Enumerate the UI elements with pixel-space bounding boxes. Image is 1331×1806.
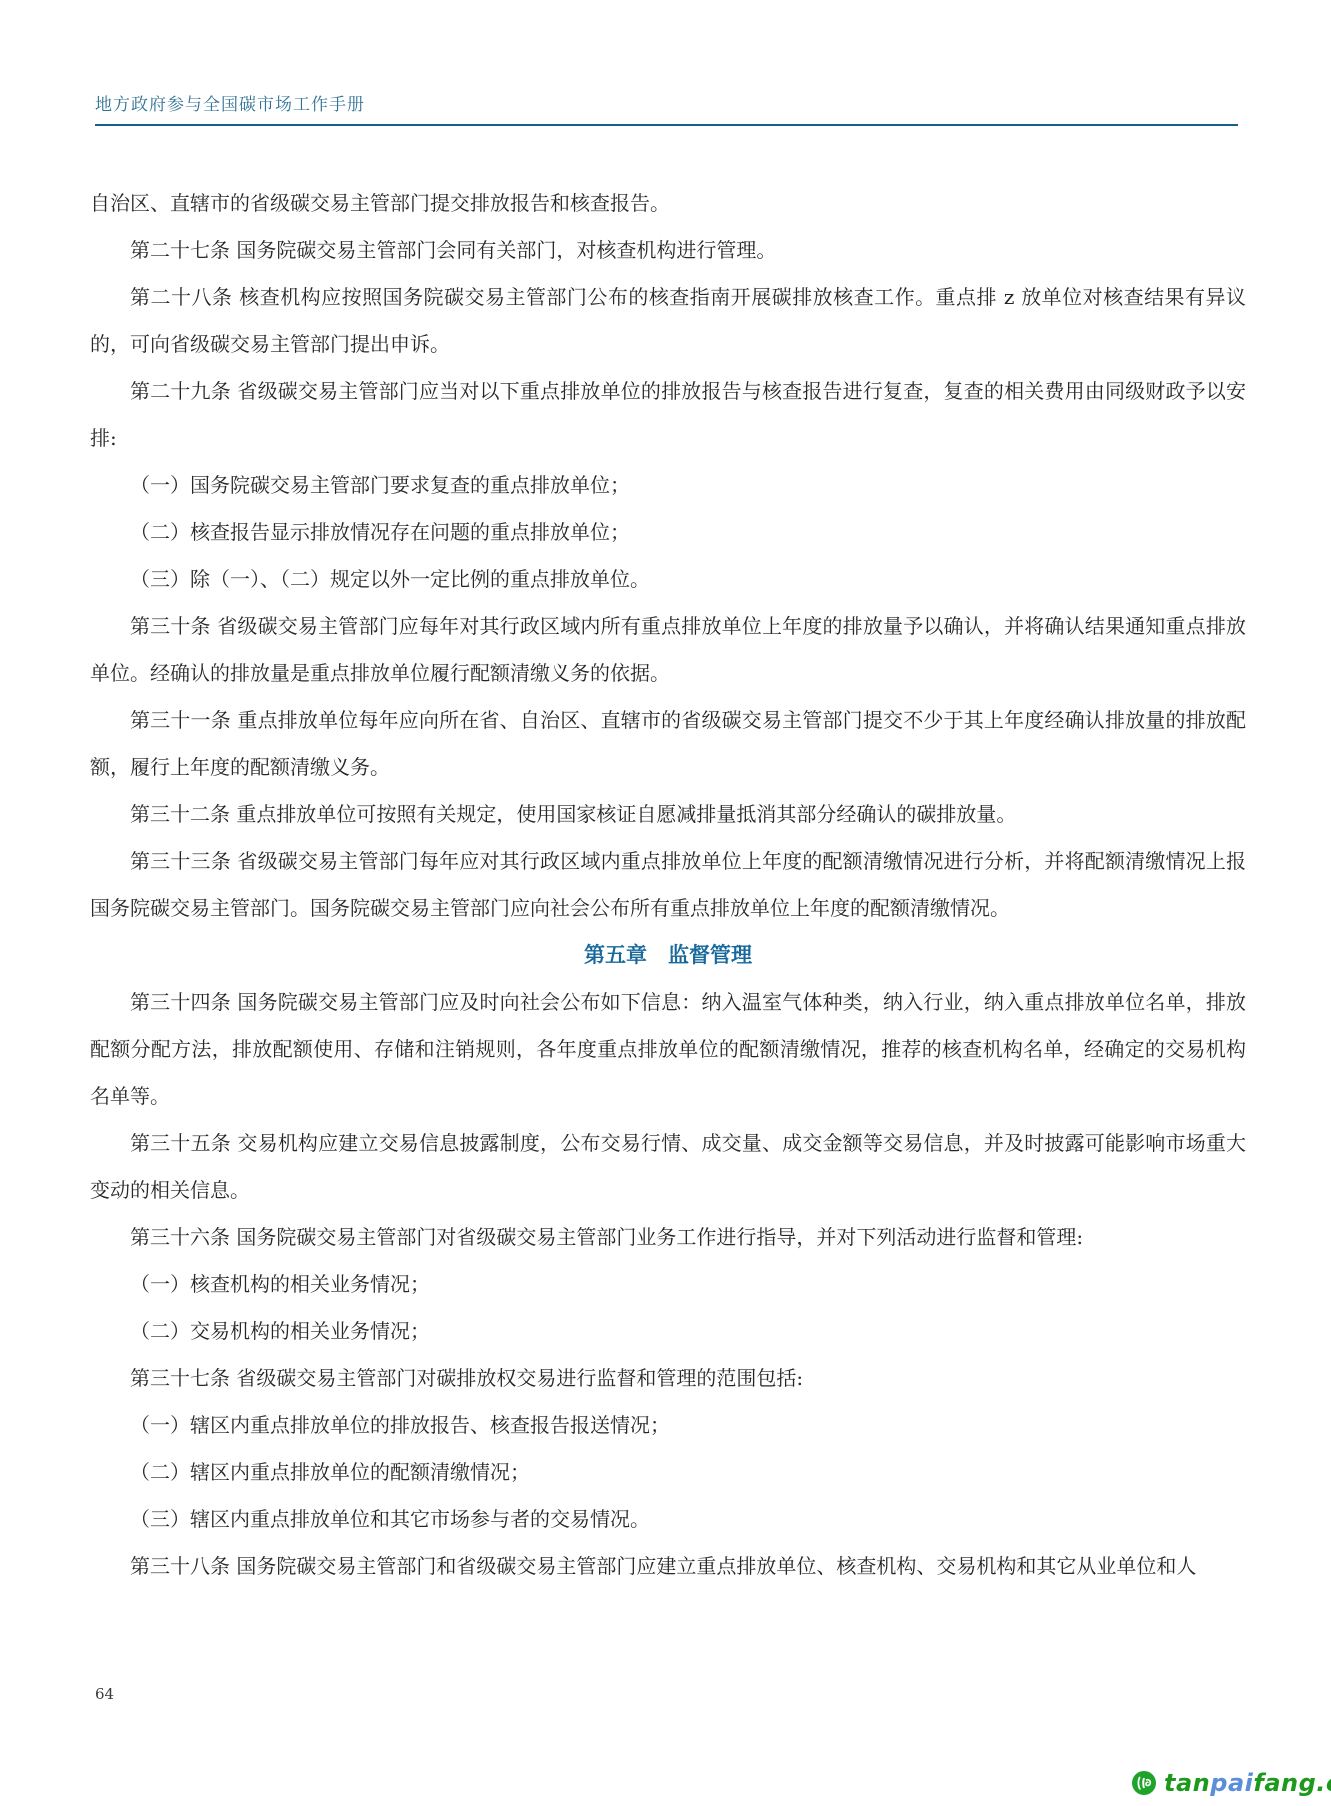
paragraph: （二）核查报告显示排放情况存在问题的重点排放单位； <box>90 509 1246 556</box>
paragraph: 自治区、直辖市的省级碳交易主管部门提交排放报告和核查报告。 <box>90 180 1246 227</box>
paragraph: （一）国务院碳交易主管部门要求复查的重点排放单位； <box>90 462 1246 509</box>
document-body: 自治区、直辖市的省级碳交易主管部门提交排放报告和核查报告。第二十七条 国务院碳交… <box>90 180 1246 1590</box>
paragraph: 第二十七条 国务院碳交易主管部门会同有关部门，对核查机构进行管理。 <box>90 227 1246 274</box>
tanpaifang-logo-text: tanpaifang.com <box>1164 1769 1331 1797</box>
header-divider <box>95 124 1238 126</box>
chapter-heading: 第五章 监督管理 <box>90 932 1246 979</box>
paragraph: 第三十五条 交易机构应建立交易信息披露制度，公布交易行情、成交量、成交金额等交易… <box>90 1120 1246 1214</box>
page-header: 地方政府参与全国碳市场工作手册 <box>95 90 1240 115</box>
paragraph: 第二十八条 核查机构应按照国务院碳交易主管部门公布的核查指南开展碳排放核查工作。… <box>90 274 1246 368</box>
paragraph: 第三十八条 国务院碳交易主管部门和省级碳交易主管部门应建立重点排放单位、核查机构… <box>90 1543 1246 1590</box>
paragraph: 第三十六条 国务院碳交易主管部门对省级碳交易主管部门业务工作进行指导，并对下列活… <box>90 1214 1246 1261</box>
paragraph: （二）交易机构的相关业务情况； <box>90 1308 1246 1355</box>
paragraph: 第三十七条 省级碳交易主管部门对碳排放权交易进行监督和管理的范围包括: <box>90 1355 1246 1402</box>
paragraph: （三）除（一）、（二）规定以外一定比例的重点排放单位。 <box>90 556 1246 603</box>
paragraph: （三）辖区内重点排放单位和其它市场参与者的交易情况。 <box>90 1496 1246 1543</box>
header-title: 地方政府参与全国碳市场工作手册 <box>95 95 365 115</box>
tanpaifang-logo-icon <box>1132 1771 1156 1795</box>
tanpaifang-logo: tanpaifang.com <box>1132 1769 1331 1797</box>
paragraph: 第三十四条 国务院碳交易主管部门应及时向社会公布如下信息：纳入温室气体种类，纳入… <box>90 979 1246 1120</box>
paragraph: 第三十三条 省级碳交易主管部门每年应对其行政区域内重点排放单位上年度的配额清缴情… <box>90 838 1246 932</box>
logo-text-segment: tan <box>1164 1769 1210 1797</box>
page-number: 64 <box>95 1685 114 1703</box>
paragraph: （一）核查机构的相关业务情况； <box>90 1261 1246 1308</box>
paragraph: 第三十一条 重点排放单位每年应向所在省、自治区、直辖市的省级碳交易主管部门提交不… <box>90 697 1246 791</box>
logo-text-segment: fang.com <box>1253 1769 1331 1797</box>
document-page: 地方政府参与全国碳市场工作手册 自治区、直辖市的省级碳交易主管部门提交排放报告和… <box>0 0 1331 1806</box>
logo-text-segment: pai <box>1210 1769 1253 1797</box>
paragraph: 第三十条 省级碳交易主管部门应每年对其行政区域内所有重点排放单位上年度的排放量予… <box>90 603 1246 697</box>
paragraph: （二）辖区内重点排放单位的配额清缴情况； <box>90 1449 1246 1496</box>
paragraph: 第三十二条 重点排放单位可按照有关规定，使用国家核证自愿减排量抵消其部分经确认的… <box>90 791 1246 838</box>
paragraph: 第二十九条 省级碳交易主管部门应当对以下重点排放单位的排放报告与核查报告进行复查… <box>90 368 1246 462</box>
paragraph: （一）辖区内重点排放单位的排放报告、核查报告报送情况； <box>90 1402 1246 1449</box>
